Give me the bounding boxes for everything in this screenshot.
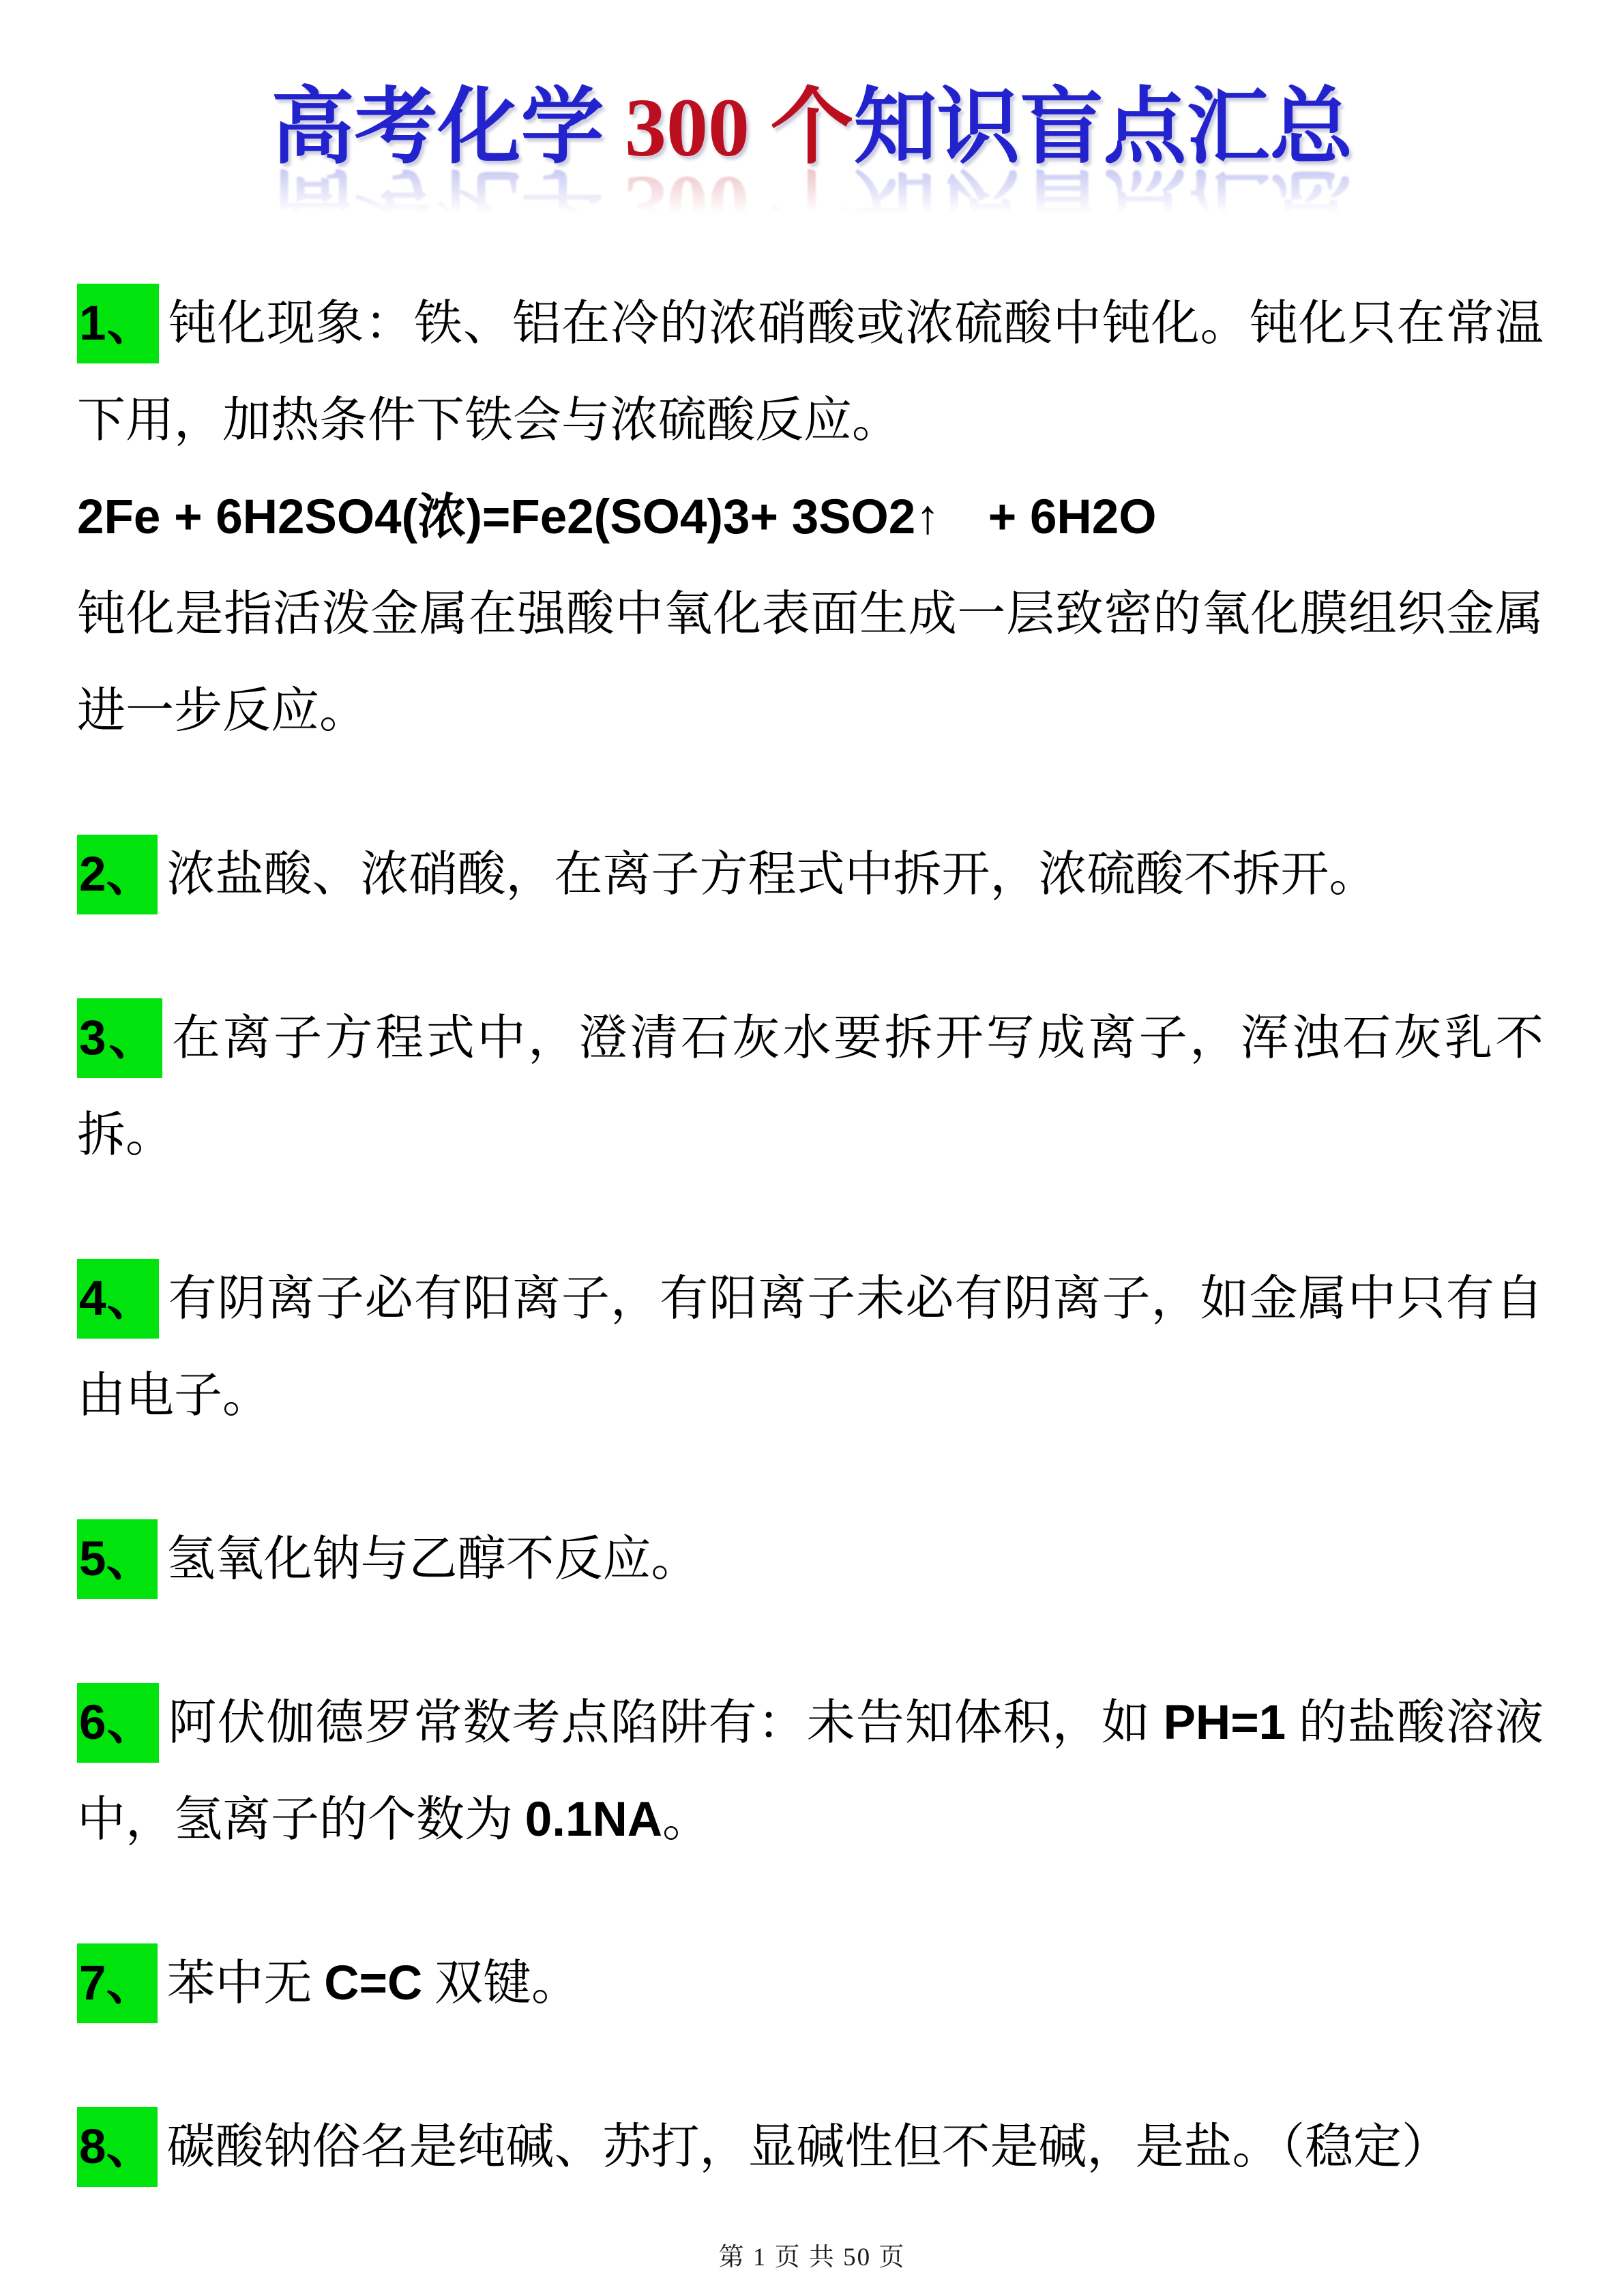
- point-paragraph: 6、阿伏伽德罗常数考点陷阱有：未告知体积，如 PH=1 的盐酸溶液中，氢离子的个…: [77, 1675, 1544, 1868]
- point-paragraph: 1、钝化现象：铁、铝在冷的浓硝酸或浓硫酸中钝化。钝化只在常温下用，加热条件下铁会…: [77, 275, 1544, 469]
- cjk-text: 浓盐酸、浓硝酸，在离子方程式中拆开，浓硫酸不拆开。: [167, 848, 1378, 901]
- latin-bold-text: 0.1NA: [525, 1793, 662, 1847]
- cjk-text: 钝化现象：铁、铝在冷的浓硝酸或浓硫酸中钝化。钝化只在常温下用，加热条件下铁会与浓…: [77, 297, 1544, 447]
- document-title: 高考化学 300 个知识盲点汇总 高考化学 300 个知识盲点汇总: [0, 76, 1624, 256]
- point-paragraph: 8、碳酸钠俗名是纯碱、苏打，显碱性但不是碱，是盐。（稳定）: [77, 2099, 1544, 2196]
- point-number-highlight: 3、: [77, 998, 162, 1078]
- point-number-highlight: 5、: [77, 1519, 158, 1599]
- point-paragraph: 4、有阴离子必有阳离子，有阳离子未必有阴离子，如金属中只有自由电子。: [77, 1251, 1544, 1444]
- point-paragraph: 7、苯中无 C=C 双键。: [77, 1935, 1544, 2032]
- knowledge-point: 5、氢氧化钠与乙醇不反应。: [77, 1511, 1544, 1608]
- knowledge-point: 6、阿伏伽德罗常数考点陷阱有：未告知体积，如 PH=1 的盐酸溶液中，氢离子的个…: [77, 1675, 1544, 1868]
- points-list: 1、钝化现象：铁、铝在冷的浓硝酸或浓硫酸中钝化。钝化只在常温下用，加热条件下铁会…: [77, 275, 1544, 2263]
- point-number-highlight: 1、: [77, 284, 159, 363]
- point-paragraph: 钝化是指活泼金属在强酸中氧化表面生成一层致密的氧化膜组织金属进一步反应。: [77, 566, 1544, 760]
- knowledge-point: 8、碳酸钠俗名是纯碱、苏打，显碱性但不是碱，是盐。（稳定）: [77, 2099, 1544, 2196]
- knowledge-point: 4、有阴离子必有阳离子，有阳离子未必有阴离子，如金属中只有自由电子。: [77, 1251, 1544, 1444]
- latin-bold-text: PH=1: [1164, 1696, 1286, 1750]
- cjk-text: 钝化是指活泼金属在强酸中氧化表面生成一层致密的氧化膜组织金属进一步反应。: [77, 588, 1544, 738]
- latin-bold-text: C=C: [324, 1956, 422, 2010]
- knowledge-point: 1、钝化现象：铁、铝在冷的浓硝酸或浓硫酸中钝化。钝化只在常温下用，加热条件下铁会…: [77, 275, 1544, 760]
- chemical-equation: 2Fe + 6H2SO4(浓)=Fe2(SO4)3+ 3SO2↑ + 6H2O: [77, 469, 1544, 566]
- point-number-highlight: 2、: [77, 835, 158, 914]
- point-number-highlight: 4、: [77, 1259, 159, 1339]
- point-paragraph: 5、氢氧化钠与乙醇不反应。: [77, 1511, 1544, 1608]
- cjk-text: 阿伏伽德罗常数考点陷阱有：未告知体积，如: [168, 1697, 1164, 1750]
- title-blue-part2: 知识盲点汇总: [854, 159, 1353, 251]
- title-red-part: 300 个: [625, 159, 854, 251]
- cjk-text: 苯中无: [167, 1957, 325, 2010]
- title-reflection: 高考化学 300 个知识盲点汇总: [0, 154, 1624, 256]
- cjk-text: 。: [662, 1793, 711, 1847]
- knowledge-point: 2、浓盐酸、浓硝酸，在离子方程式中拆开，浓硫酸不拆开。: [77, 826, 1544, 923]
- cjk-text: 碳酸钠俗名是纯碱、苏打，显碱性但不是碱，是盐。（稳定）: [167, 2121, 1451, 2174]
- point-number-highlight: 8、: [77, 2107, 158, 2187]
- page-footer: 第 1 页 共 50 页: [0, 2236, 1624, 2273]
- cjk-text: 在离子方程式中，澄清石灰水要拆开写成离子，浑浊石灰乳不拆。: [77, 1012, 1544, 1162]
- point-number-highlight: 6、: [77, 1683, 159, 1763]
- cjk-text: 有阴离子必有阳离子，有阳离子未必有阴离子，如金属中只有自由电子。: [77, 1272, 1544, 1422]
- title-blue-part1: 高考化学: [271, 159, 625, 251]
- knowledge-point: 7、苯中无 C=C 双键。: [77, 1935, 1544, 2032]
- document-page: 高考化学 300 个知识盲点汇总 高考化学 300 个知识盲点汇总 1、钝化现象…: [0, 0, 1624, 2296]
- point-paragraph: 2、浓盐酸、浓硝酸，在离子方程式中拆开，浓硫酸不拆开。: [77, 826, 1544, 923]
- page-number-text: 第 1 页 共 50 页: [719, 2243, 906, 2271]
- latin-bold-text: 2Fe + 6H2SO4(浓)=Fe2(SO4)3+ 3SO2↑ + 6H2O: [77, 490, 1156, 544]
- knowledge-point: 3、在离子方程式中，澄清石灰水要拆开写成离子，浑浊石灰乳不拆。: [77, 990, 1544, 1184]
- cjk-text: 氢氧化钠与乙醇不反应。: [167, 1533, 700, 1586]
- cjk-text: 双键。: [422, 1957, 580, 2010]
- point-paragraph: 3、在离子方程式中，澄清石灰水要拆开写成离子，浑浊石灰乳不拆。: [77, 990, 1544, 1184]
- point-number-highlight: 7、: [77, 1943, 158, 2023]
